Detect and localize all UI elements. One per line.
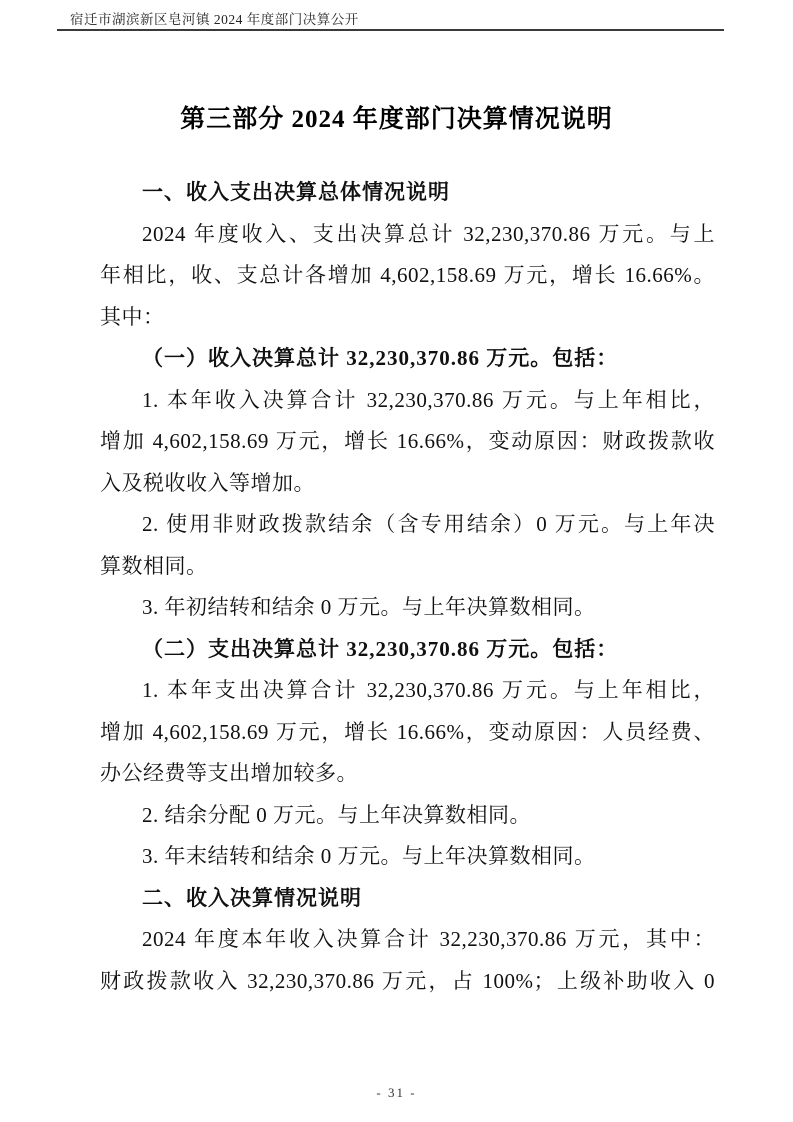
body-line: 入及税收收入等增加。 <box>100 463 715 505</box>
body-line: 1. 本年支出决算合计 32,230,370.86 万元。与上年相比， <box>100 670 715 712</box>
body-line: 2024 年度本年收入决算合计 32,230,370.86 万元，其中： <box>100 919 715 961</box>
body-line: 3. 年初结转和结余 0 万元。与上年决算数相同。 <box>100 587 715 629</box>
section-heading-1: 一、收入支出决算总体情况说明 <box>100 172 715 214</box>
body-line: 增加 4,602,158.69 万元，增长 16.66%，变动原因：财政拨款收 <box>100 421 715 463</box>
body-line: 2. 使用非财政拨款结余（含专用结余）0 万元。与上年决 <box>100 504 715 546</box>
body-line: 年相比，收、支总计各增加 4,602,158.69 万元，增长 16.66%。 <box>100 255 715 297</box>
body-line: 算数相同。 <box>100 546 715 588</box>
document-page: 宿迁市湖滨新区皂河镇 2024 年度部门决算公开 第三部分 2024 年度部门决… <box>0 0 793 1122</box>
page-number: - 31 - <box>376 1085 416 1100</box>
subsection-heading-1-1: （一）收入决算总计 32,230,370.86 万元。包括： <box>100 338 715 380</box>
body-line: 3. 年末结转和结余 0 万元。与上年决算数相同。 <box>100 836 715 878</box>
body-line: 增加 4,602,158.69 万元，增长 16.66%，变动原因：人员经费、 <box>100 712 715 754</box>
body-line: 1. 本年收入决算合计 32,230,370.86 万元。与上年相比， <box>100 380 715 422</box>
section-heading-2: 二、收入决算情况说明 <box>100 878 715 920</box>
body-line: 2024 年度收入、支出决算总计 32,230,370.86 万元。与上 <box>100 214 715 256</box>
body-line: 办公经费等支出增加较多。 <box>100 753 715 795</box>
body-line: 2. 结余分配 0 万元。与上年决算数相同。 <box>100 795 715 837</box>
page-header: 宿迁市湖滨新区皂河镇 2024 年度部门决算公开 <box>0 0 793 32</box>
body-line: 其中： <box>100 297 715 339</box>
body-line: 财政拨款收入 32,230,370.86 万元，占 100%；上级补助收入 0 <box>100 961 715 1003</box>
header-title: 宿迁市湖滨新区皂河镇 2024 年度部门决算公开 <box>70 8 359 28</box>
page-footer: - 31 - <box>0 1084 793 1102</box>
page-title: 第三部分 2024 年度部门决算情况说明 <box>0 99 793 135</box>
header-rule <box>57 29 724 31</box>
subsection-heading-1-2: （二）支出决算总计 32,230,370.86 万元。包括： <box>100 629 715 671</box>
document-body: 一、收入支出决算总体情况说明 2024 年度收入、支出决算总计 32,230,3… <box>100 172 715 1002</box>
